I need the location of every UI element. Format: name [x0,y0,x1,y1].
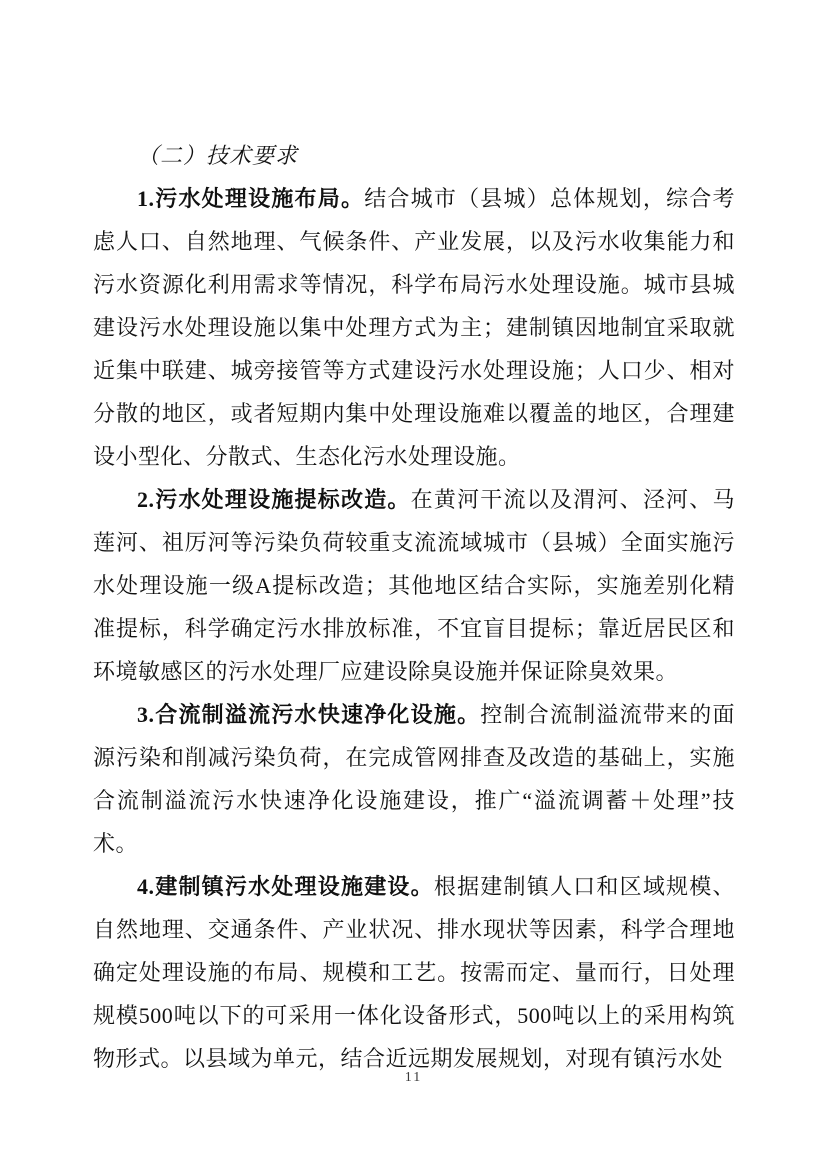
document-page: （二）技术要求 1.污水处理设施布局。结合城市（县城）总体规划，综合考虑人口、自… [0,0,827,1169]
paragraph-2-lead: 2.污水处理设施提标改造。 [137,487,411,512]
paragraph-4-body: 根据建制镇人口和区域规模、自然地理、交通条件、产业状况、排水现状等因素，科学合理… [93,874,735,1071]
section-heading: （二）技术要求 [93,134,735,177]
paragraph-2: 2.污水处理设施提标改造。在黄河干流以及渭河、泾河、马莲河、祖厉河等污染负荷较重… [93,478,735,693]
paragraph-4: 4.建制镇污水处理设施建设。根据建制镇人口和区域规模、自然地理、交通条件、产业状… [93,865,735,1080]
paragraph-1: 1.污水处理设施布局。结合城市（县城）总体规划，综合考虑人口、自然地理、气候条件… [93,177,735,478]
paragraph-4-lead: 4.建制镇污水处理设施建设。 [137,874,434,899]
document-content: （二）技术要求 1.污水处理设施布局。结合城市（县城）总体规划，综合考虑人口、自… [93,134,735,1080]
paragraph-3-lead: 3.合流制溢流污水快速净化设施。 [137,702,480,727]
paragraph-1-body: 结合城市（县城）总体规划，综合考虑人口、自然地理、气候条件、产业发展，以及污水收… [93,186,735,469]
paragraph-3: 3.合流制溢流污水快速净化设施。控制合流制溢流带来的面源污染和削减污染负荷，在完… [93,693,735,865]
paragraph-2-body: 在黄河干流以及渭河、泾河、马莲河、祖厉河等污染负荷较重支流流域城市（县城）全面实… [93,487,735,684]
page-number: 11 [0,1070,827,1086]
paragraph-1-lead: 1.污水处理设施布局。 [137,186,364,211]
